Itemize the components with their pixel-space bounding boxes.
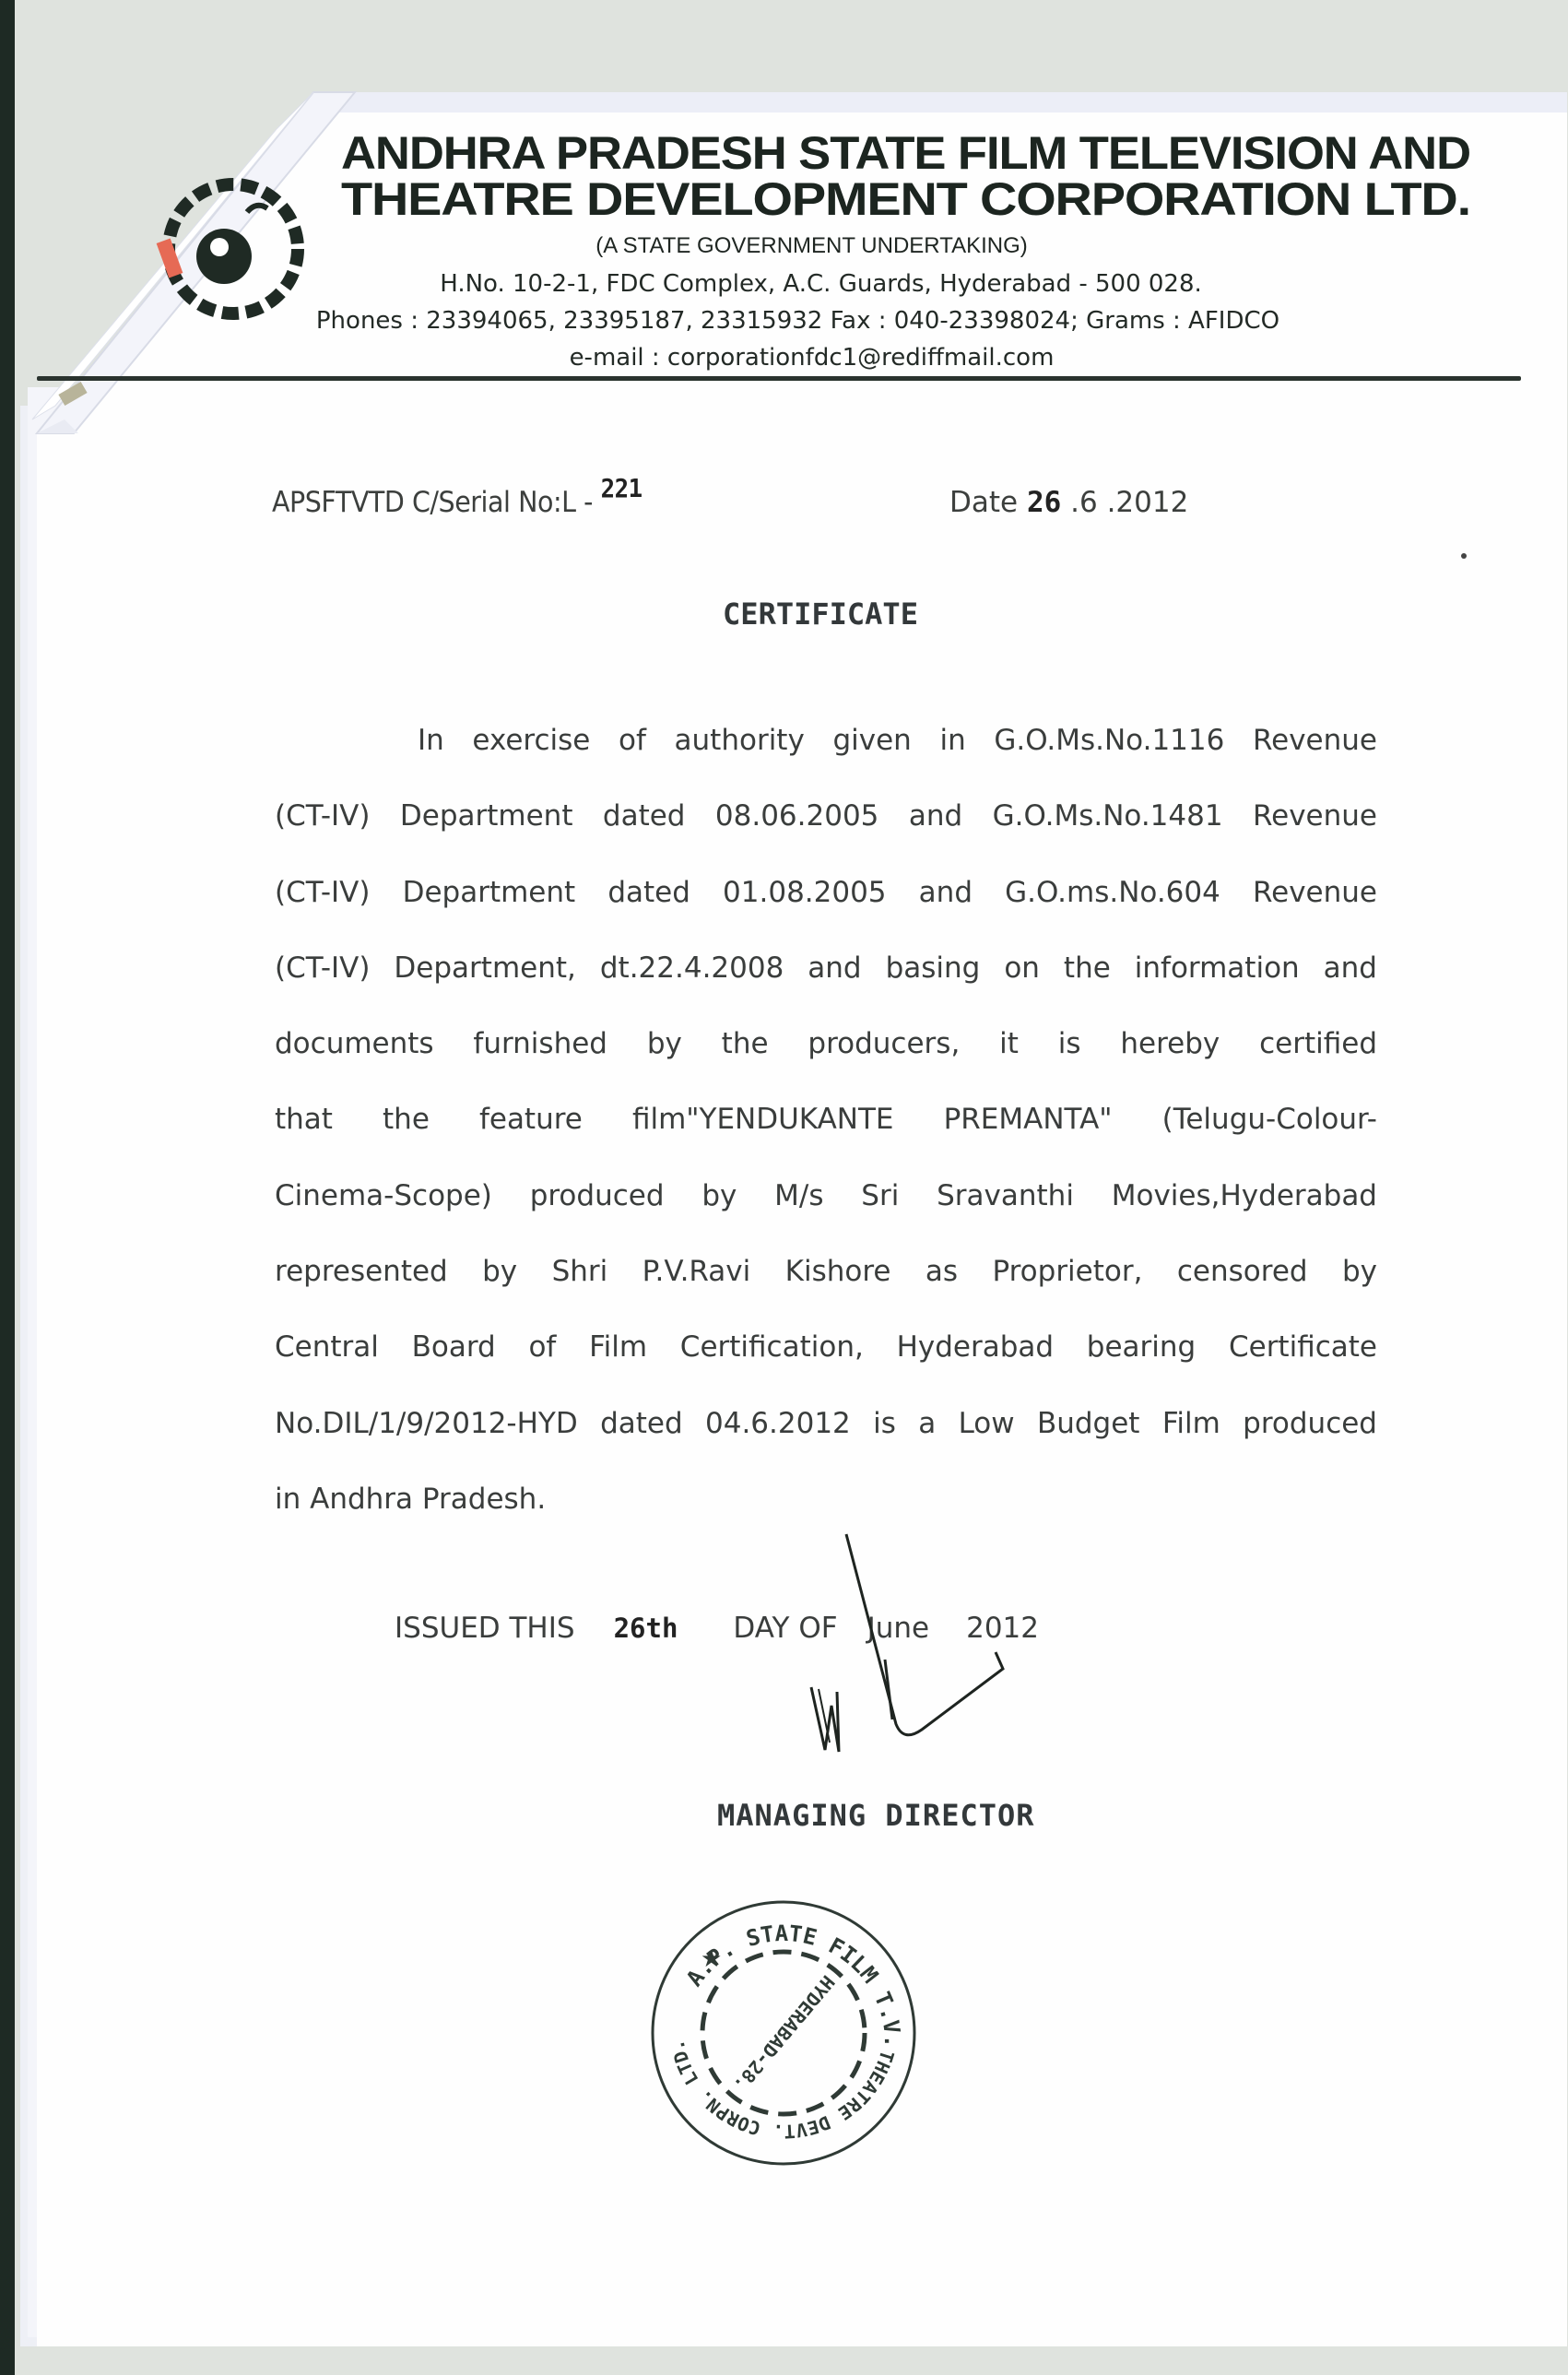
issued-prefix: ISSUED THIS xyxy=(395,1612,575,1645)
date-day: 26 xyxy=(1027,486,1061,519)
official-seal-stamp-icon: A.P. STATE FILM T.V. & THEATRE DEVT. COR… xyxy=(636,1885,931,2180)
organization-subtitle: (A STATE GOVERNMENT UNDERTAKING) xyxy=(0,233,1568,259)
body-line: No.DIL/1/9/2012-HYD dated 04.6.2012 is a… xyxy=(275,1386,1377,1461)
serial-reference: APSFTVTD C/Serial No:L - 221 xyxy=(272,486,643,519)
organization-email: e-mail : corporationfdc1@rediffmail.com xyxy=(0,344,1568,372)
handwritten-signature-icon xyxy=(793,1521,1051,1761)
body-line: In exercise of authority given in G.O.Ms… xyxy=(275,703,1377,778)
body-line: (CT-IV) Department, dt.22.4.2008 and bas… xyxy=(275,930,1377,1006)
certificate-title: CERTIFICATE xyxy=(0,597,1568,632)
organization-address: H.No. 10-2-1, FDC Complex, A.C. Guards, … xyxy=(0,270,1568,298)
letterhead-divider xyxy=(37,376,1521,381)
body-line: that the feature film"YENDUKANTE PREMANT… xyxy=(275,1081,1377,1157)
signatory-title: MANAGING DIRECTOR xyxy=(717,1798,1035,1833)
serial-number: 221 xyxy=(601,473,643,503)
body-line: represented by Shri P.V.Ravi Kishore as … xyxy=(275,1234,1377,1309)
issue-date: Date 26 .6 .2012 xyxy=(949,486,1188,519)
organization-phones: Phones : 23394065, 23395187, 23315932 Fa… xyxy=(0,307,1568,335)
certificate-body: In exercise of authority given in G.O.Ms… xyxy=(275,703,1377,1537)
body-line: documents furnished by the producers, it… xyxy=(275,1006,1377,1081)
stamp-star-icon: ★ xyxy=(701,1945,722,1973)
issued-day: 26th xyxy=(614,1613,678,1644)
organization-name-line-2: THEATRE DEVELOPMENT CORPORATION LTD. xyxy=(341,173,1568,227)
body-line: Central Board of Film Certification, Hyd… xyxy=(275,1309,1377,1385)
date-month-year: .6 .2012 xyxy=(1061,486,1188,519)
ink-speck xyxy=(1461,553,1467,559)
paper-top-edge xyxy=(327,92,1567,112)
date-label: Date xyxy=(949,486,1027,519)
stamp-center-text: HYDERABAD-28. xyxy=(729,1971,839,2096)
serial-label: APSFTVTD C/Serial No:L - xyxy=(272,486,601,519)
body-line: Cinema-Scope) produced by M/s Sri Sravan… xyxy=(275,1158,1377,1234)
body-line: (CT-IV) Department dated 08.06.2005 and … xyxy=(275,778,1377,854)
body-line: (CT-IV) Department dated 01.08.2005 and … xyxy=(275,855,1377,930)
